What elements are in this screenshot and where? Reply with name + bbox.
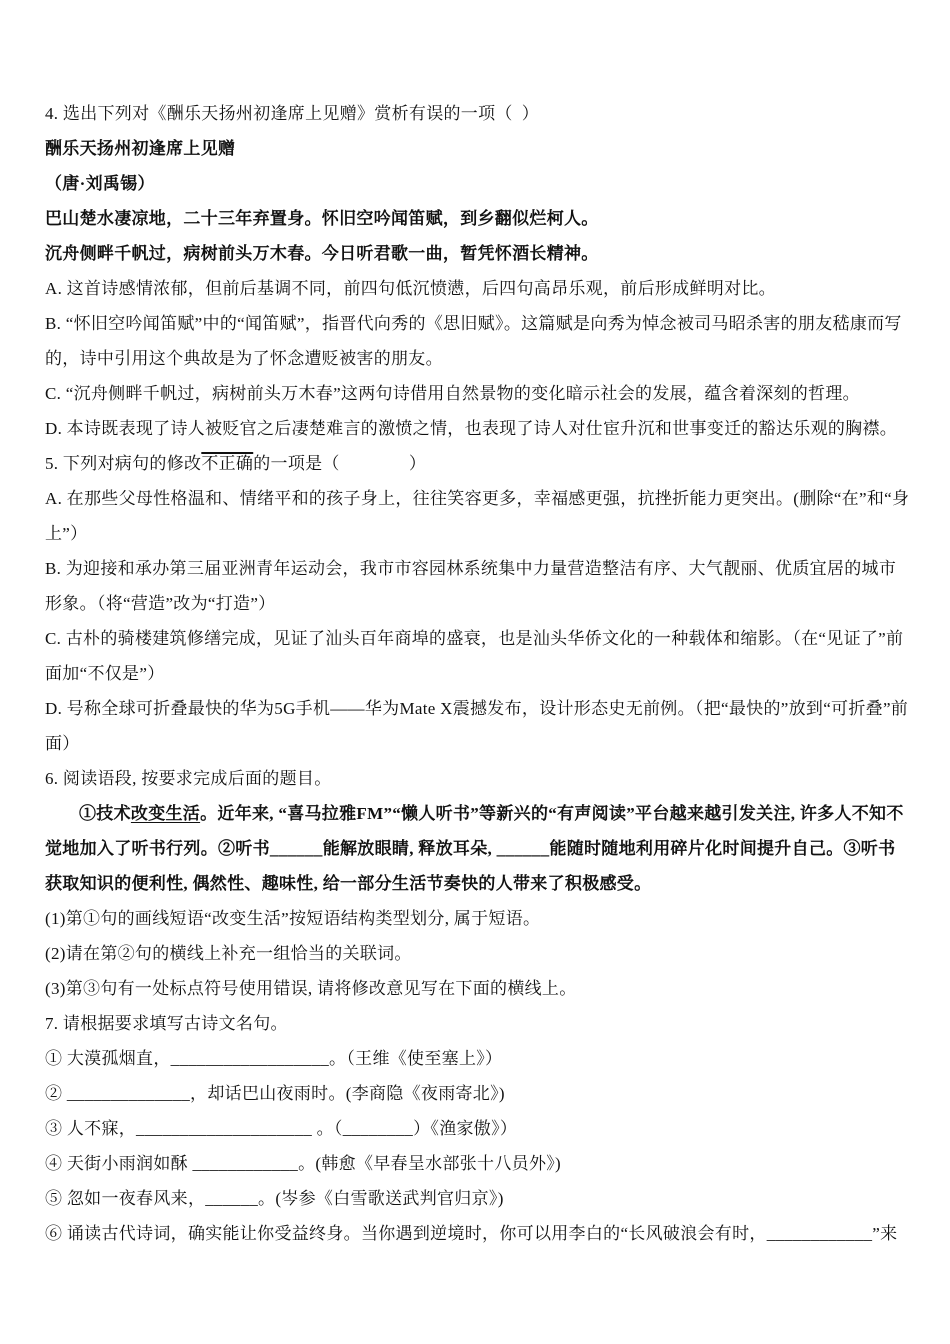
question-6-passage: ①技术改变生活。近年来, “喜马拉雅FM”“懒人听书”等新兴的“有声阅读”平台越…	[45, 796, 912, 901]
question-7-item-6: ⑥ 诵读古代诗词，确实能让你受益终身。当你遇到逆境时，你可以用李白的“长风破浪会…	[45, 1216, 912, 1251]
question-4-option-a: A. 这首诗感情浓郁，但前后基调不同，前四句低沉愤懑，后四句高昂乐观，前后形成鲜…	[45, 271, 912, 306]
question-4-stem: 4. 选出下列对《酬乐天扬州初逢席上见赠》赏析有误的一项（ ）	[45, 96, 912, 131]
poem-author: （唐·刘禹锡）	[45, 166, 912, 201]
passage-underlined-phrase: 改变生活	[131, 804, 200, 823]
question-7-item-1: ① 大漠孤烟直，__________________。（王维《使至塞上》）	[45, 1041, 912, 1076]
exam-page: 4. 选出下列对《酬乐天扬州初逢席上见赠》赏析有误的一项（ ） 酬乐天扬州初逢席…	[0, 0, 950, 1344]
question-7-item-5: ⑤ 忽如一夜春风来，______。(岑参《白雪歌送武判官归京》)	[45, 1181, 912, 1216]
question-4: 4. 选出下列对《酬乐天扬州初逢席上见赠》赏析有误的一项（ ） 酬乐天扬州初逢席…	[45, 96, 912, 446]
question-5-stem: 5. 下列对病句的修改不正确的一项是（ ）	[45, 446, 912, 481]
question-7-item-2: ② ______________，却话巴山夜雨时。(李商隐《夜雨寄北》)	[45, 1076, 912, 1111]
poem-line-2: 沉舟侧畔千帆过，病树前头万木春。今日听君歌一曲，暂凭怀酒长精神。	[45, 236, 912, 271]
question-7: 7. 请根据要求填写古诗文名句。 ① 大漠孤烟直，_______________…	[45, 1006, 912, 1251]
question-5-option-b: B. 为迎接和承办第三届亚洲青年运动会，我市市容园林系统集中力量营造整洁有序、大…	[45, 551, 912, 621]
question-5-stem-emphasis: 不正确	[201, 454, 253, 473]
question-7-item-4: ④ 天街小雨润如酥 ____________。(韩愈《早春呈水部张十八员外》)	[45, 1146, 912, 1181]
question-5-option-a: A. 在那些父母性格温和、情绪平和的孩子身上，往往笑容更多，幸福感更强，抗挫折能…	[45, 481, 912, 551]
question-5-option-d: D. 号称全球可折叠最快的华为5G手机——华为Mate X震撼发布，设计形态史无…	[45, 691, 912, 761]
question-5-stem-suffix: 的一项是（ ）	[253, 454, 426, 473]
question-5: 5. 下列对病句的修改不正确的一项是（ ） A. 在那些父母性格温和、情绪平和的…	[45, 446, 912, 761]
question-4-option-c: C. “沉舟侧畔千帆过，病树前头万木春”这两句诗借用自然景物的变化暗示社会的发展…	[45, 376, 912, 411]
question-5-option-c: C. 古朴的骑楼建筑修缮完成，见证了汕头百年商埠的盛衰，也是汕头华侨文化的一种载…	[45, 621, 912, 691]
question-6-sub-2: (2)请在第②句的横线上补充一组恰当的关联词。	[45, 936, 912, 971]
poem-title: 酬乐天扬州初逢席上见赠	[45, 131, 912, 166]
question-6-sub-3: (3)第③句有一处标点符号使用错误, 请将修改意见写在下面的横线上。	[45, 971, 912, 1006]
question-6-stem: 6. 阅读语段, 按要求完成后面的题目。	[45, 761, 912, 796]
question-4-option-d: D. 本诗既表现了诗人被贬官之后凄楚难言的激愤之情，也表现了诗人对仕宦升沉和世事…	[45, 411, 912, 446]
question-7-item-3: ③ 人不寐，____________________ 。（________）《渔…	[45, 1111, 912, 1146]
question-4-option-b: B. “怀旧空吟闻笛赋”中的“闻笛赋”，指晋代向秀的《思旧赋》。这篇赋是向秀为悼…	[45, 306, 912, 376]
question-5-stem-prefix: 5. 下列对病句的修改	[45, 454, 201, 473]
question-6-sub-1: (1)第①句的画线短语“改变生活”按短语结构类型划分, 属于短语。	[45, 901, 912, 936]
poem-line-1: 巴山楚水凄凉地，二十三年弃置身。怀旧空吟闻笛赋，到乡翻似烂柯人。	[45, 201, 912, 236]
question-7-stem: 7. 请根据要求填写古诗文名句。	[45, 1006, 912, 1041]
question-6: 6. 阅读语段, 按要求完成后面的题目。 ①技术改变生活。近年来, “喜马拉雅F…	[45, 761, 912, 1006]
passage-prefix: ①技术	[79, 804, 131, 823]
